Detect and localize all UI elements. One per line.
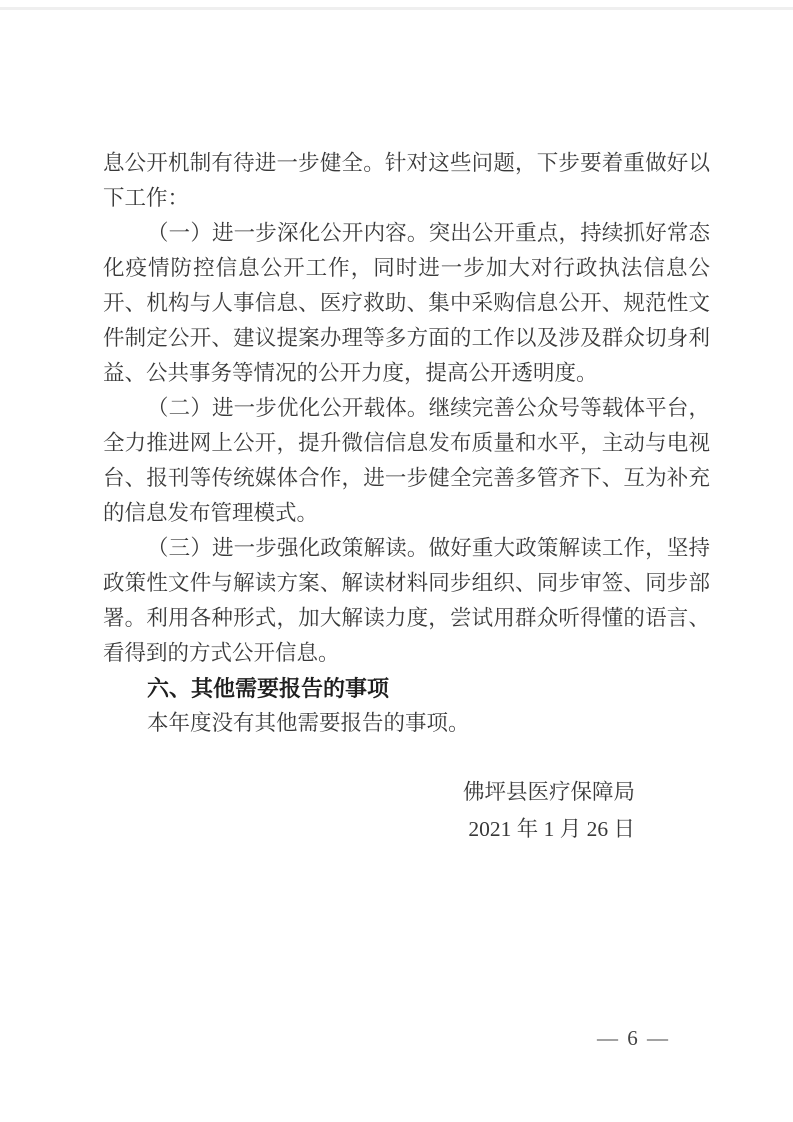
body-line: 看得到的方式公开信息。 <box>103 636 710 671</box>
signature-date: 2021 年 1 月 26 日 <box>103 811 635 848</box>
paragraph-3-start: （三）进一步强化政策解读。做好重大政策解读工作，坚持 <box>103 531 710 566</box>
body-line: 政策性文件与解读方案、解读材料同步组织、同步审签、同步部 <box>103 566 710 601</box>
signature-block: 佛坪县医疗保障局 2021 年 1 月 26 日 <box>103 774 710 848</box>
body-line: 下工作： <box>103 181 710 216</box>
body-line: 的信息发布管理模式。 <box>103 496 710 531</box>
body-line: 益、公共事务等情况的公开力度，提高公开透明度。 <box>103 356 710 391</box>
body-line: 开、机构与人事信息、医疗救助、集中采购信息公开、规范性文 <box>103 286 710 321</box>
scan-edge-artifact <box>0 7 793 10</box>
body-line: 化疫情防控信息公开工作，同时进一步加大对行政执法信息公 <box>103 251 710 286</box>
body-line: 署。利用各种形式，加大解读力度，尝试用群众听得懂的语言、 <box>103 601 710 636</box>
body-line: 息公开机制有待进一步健全。针对这些问题，下步要着重做好以 <box>103 146 710 181</box>
document-body: 息公开机制有待进一步健全。针对这些问题，下步要着重做好以 下工作： （一）进一步… <box>103 146 710 848</box>
body-line: 件制定公开、建议提案办理等多方面的工作以及涉及群众切身利 <box>103 321 710 356</box>
body-line: 台、报刊等传统媒体合作，进一步健全完善多管齐下、互为补充 <box>103 461 710 496</box>
document-page: 息公开机制有待进一步健全。针对这些问题，下步要着重做好以 下工作： （一）进一步… <box>0 0 793 1122</box>
paragraph-1-start: （一）进一步深化公开内容。突出公开重点，持续抓好常态 <box>103 216 710 251</box>
body-line: 全力推进网上公开，提升微信信息发布质量和水平，主动与电视 <box>103 426 710 461</box>
page-number: — 6 — <box>597 1026 670 1050</box>
body-line: 本年度没有其他需要报告的事项。 <box>103 706 710 741</box>
signature-org: 佛坪县医疗保障局 <box>103 774 635 811</box>
paragraph-2-start: （二）进一步优化公开载体。继续完善公众号等载体平台， <box>103 391 710 426</box>
section-heading: 六、其他需要报告的事项 <box>103 671 710 706</box>
